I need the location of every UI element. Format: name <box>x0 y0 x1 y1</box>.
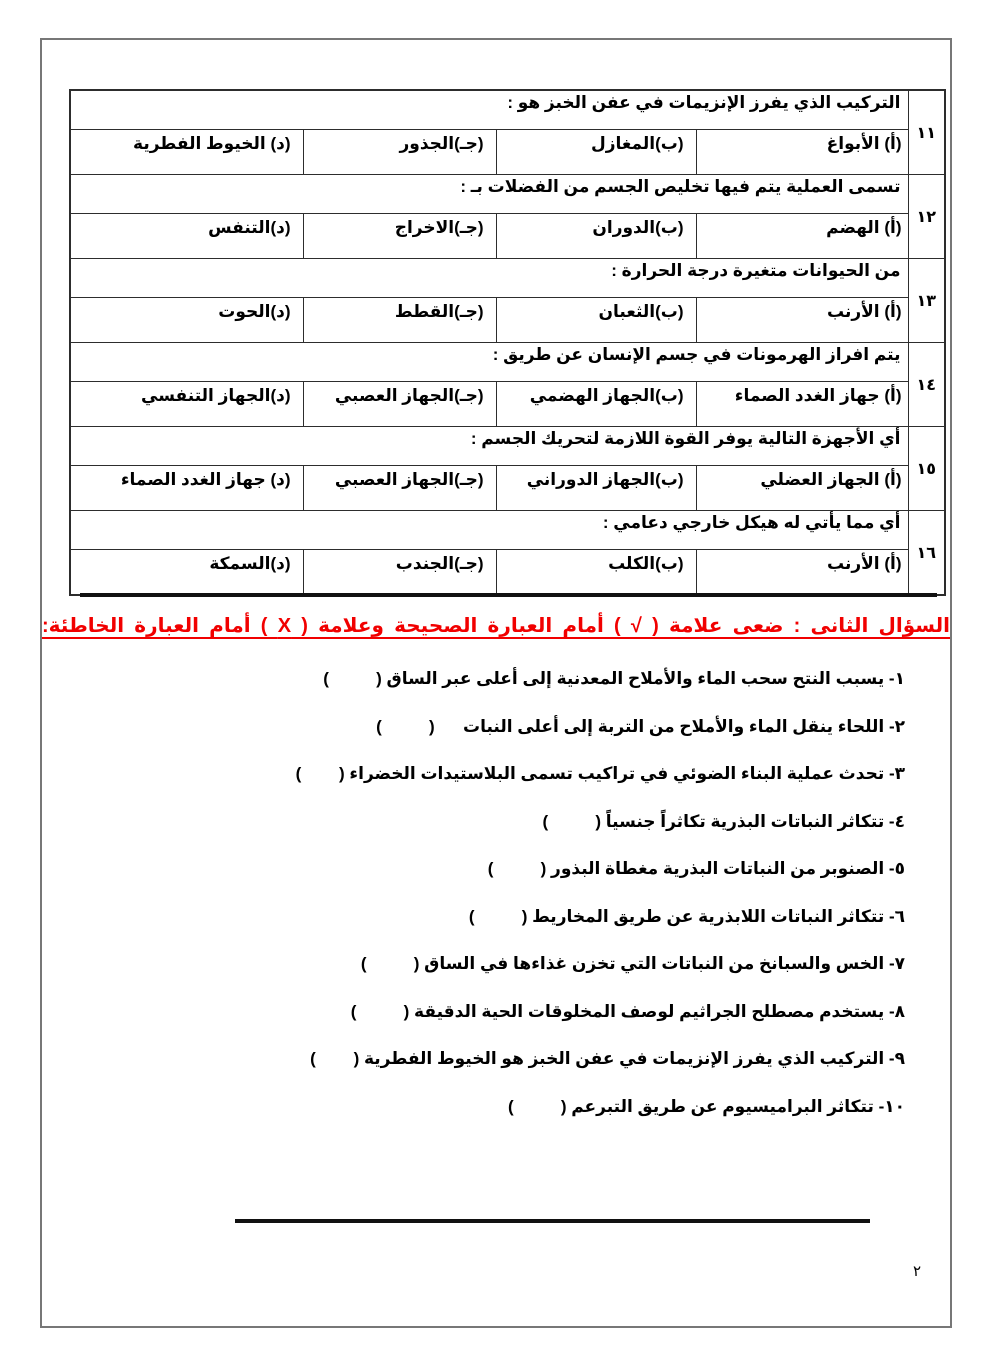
question-text: من الحيوانات متغيرة درجة الحرارة : <box>70 259 908 298</box>
question-text: التركيب الذي يفرز الإنزيمات في عفن الخبز… <box>70 90 908 130</box>
option-d: (د)الجهاز التنفسي <box>70 382 303 427</box>
option-a: (أ) الأبواغ <box>696 130 908 175</box>
option-c: (جـ)الجهاز العصبي <box>303 382 496 427</box>
question-number: ١١ <box>908 90 945 175</box>
option-d: (د) جهاز الغدد الصماء <box>70 466 303 511</box>
option-c: (جـ)القطط <box>303 298 496 343</box>
tf-statement: ١- يسبب النتح سحب الماء والأملاح المعدني… <box>42 668 905 690</box>
tf-statement: ٦- تتكاثر النباتات اللابذرية عن طريق الم… <box>42 906 905 928</box>
mcq-table: ١١التركيب الذي يفرز الإنزيمات في عفن الخ… <box>69 89 946 596</box>
question-number: ١٣ <box>908 259 945 343</box>
option-b: (ب)الكلب <box>496 550 696 596</box>
option-b: (ب)المغازل <box>496 130 696 175</box>
option-c: (جـ)الجندب <box>303 550 496 596</box>
option-d: (د)السمكة <box>70 550 303 596</box>
question-number: ١٥ <box>908 427 945 511</box>
tf-statement: ٥- الصنوبر من النباتات البذرية مغطاة الب… <box>42 858 905 880</box>
option-c: (جـ)الاخراج <box>303 214 496 259</box>
tf-statement: ٣- تحدث عملية البناء الضوئي في تراكيب تس… <box>42 763 905 785</box>
question-text: تسمى العملية يتم فيها تخليص الجسم من الف… <box>70 175 908 214</box>
option-a: (أ) الهضم <box>696 214 908 259</box>
question-number: ١٤ <box>908 343 945 427</box>
exam-page: { "page": { "number": "٢" }, "mcq_table"… <box>0 0 992 1370</box>
option-c: (جـ)الجهاز العصبي <box>303 466 496 511</box>
section-divider-line <box>80 593 937 597</box>
option-b: (ب)الدوران <box>496 214 696 259</box>
option-a: (أ) جهاز الغدد الصماء <box>696 382 908 427</box>
tf-statement: ١٠- تتكاثر البراميسيوم عن طريق التبرعم (… <box>42 1096 905 1118</box>
mcq-table-body: ١١التركيب الذي يفرز الإنزيمات في عفن الخ… <box>70 90 945 595</box>
tf-statements: ١- يسبب النتح سحب الماء والأملاح المعدني… <box>42 668 905 1143</box>
option-d: (د)الحوت <box>70 298 303 343</box>
question-number: ١٦ <box>908 511 945 596</box>
question-text: أي مما يأتي له هيكل خارجي دعامي : <box>70 511 908 550</box>
option-d: (د) الخيوط الفطرية <box>70 130 303 175</box>
option-a: (أ) الأرنب <box>696 298 908 343</box>
tf-statement: ٩- التركيب الذي يفرز الإنزيمات في عفن ال… <box>42 1048 905 1070</box>
option-d: (د)التنفس <box>70 214 303 259</box>
page-number: ٢ <box>905 1262 929 1280</box>
section2-heading: السؤال الثانى : ضعى علامة ( √ ) أمام الع… <box>42 611 950 641</box>
question-text: أي الأجهزة التالية يوفر القوة اللازمة لت… <box>70 427 908 466</box>
option-b: (ب)الجهاز الدوراني <box>496 466 696 511</box>
question-text: يتم افراز الهرمونات في جسم الإنسان عن طر… <box>70 343 908 382</box>
tf-statement: ٧- الخس والسبانخ من النباتات التي تخزن غ… <box>42 953 905 975</box>
option-b: (ب)الجهاز الهضمي <box>496 382 696 427</box>
tf-statement: ٢- اللحاء ينقل الماء والأملاح من التربة … <box>42 716 905 738</box>
option-a: (أ) الأرنب <box>696 550 908 596</box>
footer-line <box>235 1219 870 1223</box>
tf-statement: ٤- تتكاثر النباتات البذرية تكاثراً جنسيا… <box>42 811 905 833</box>
option-a: (أ) الجهاز العضلي <box>696 466 908 511</box>
tf-statement: ٨- يستخدم مصطلح الجراثيم لوصف المخلوقات … <box>42 1001 905 1023</box>
question-number: ١٢ <box>908 175 945 259</box>
option-b: (ب)الثعبان <box>496 298 696 343</box>
option-c: (جـ)الجذور <box>303 130 496 175</box>
